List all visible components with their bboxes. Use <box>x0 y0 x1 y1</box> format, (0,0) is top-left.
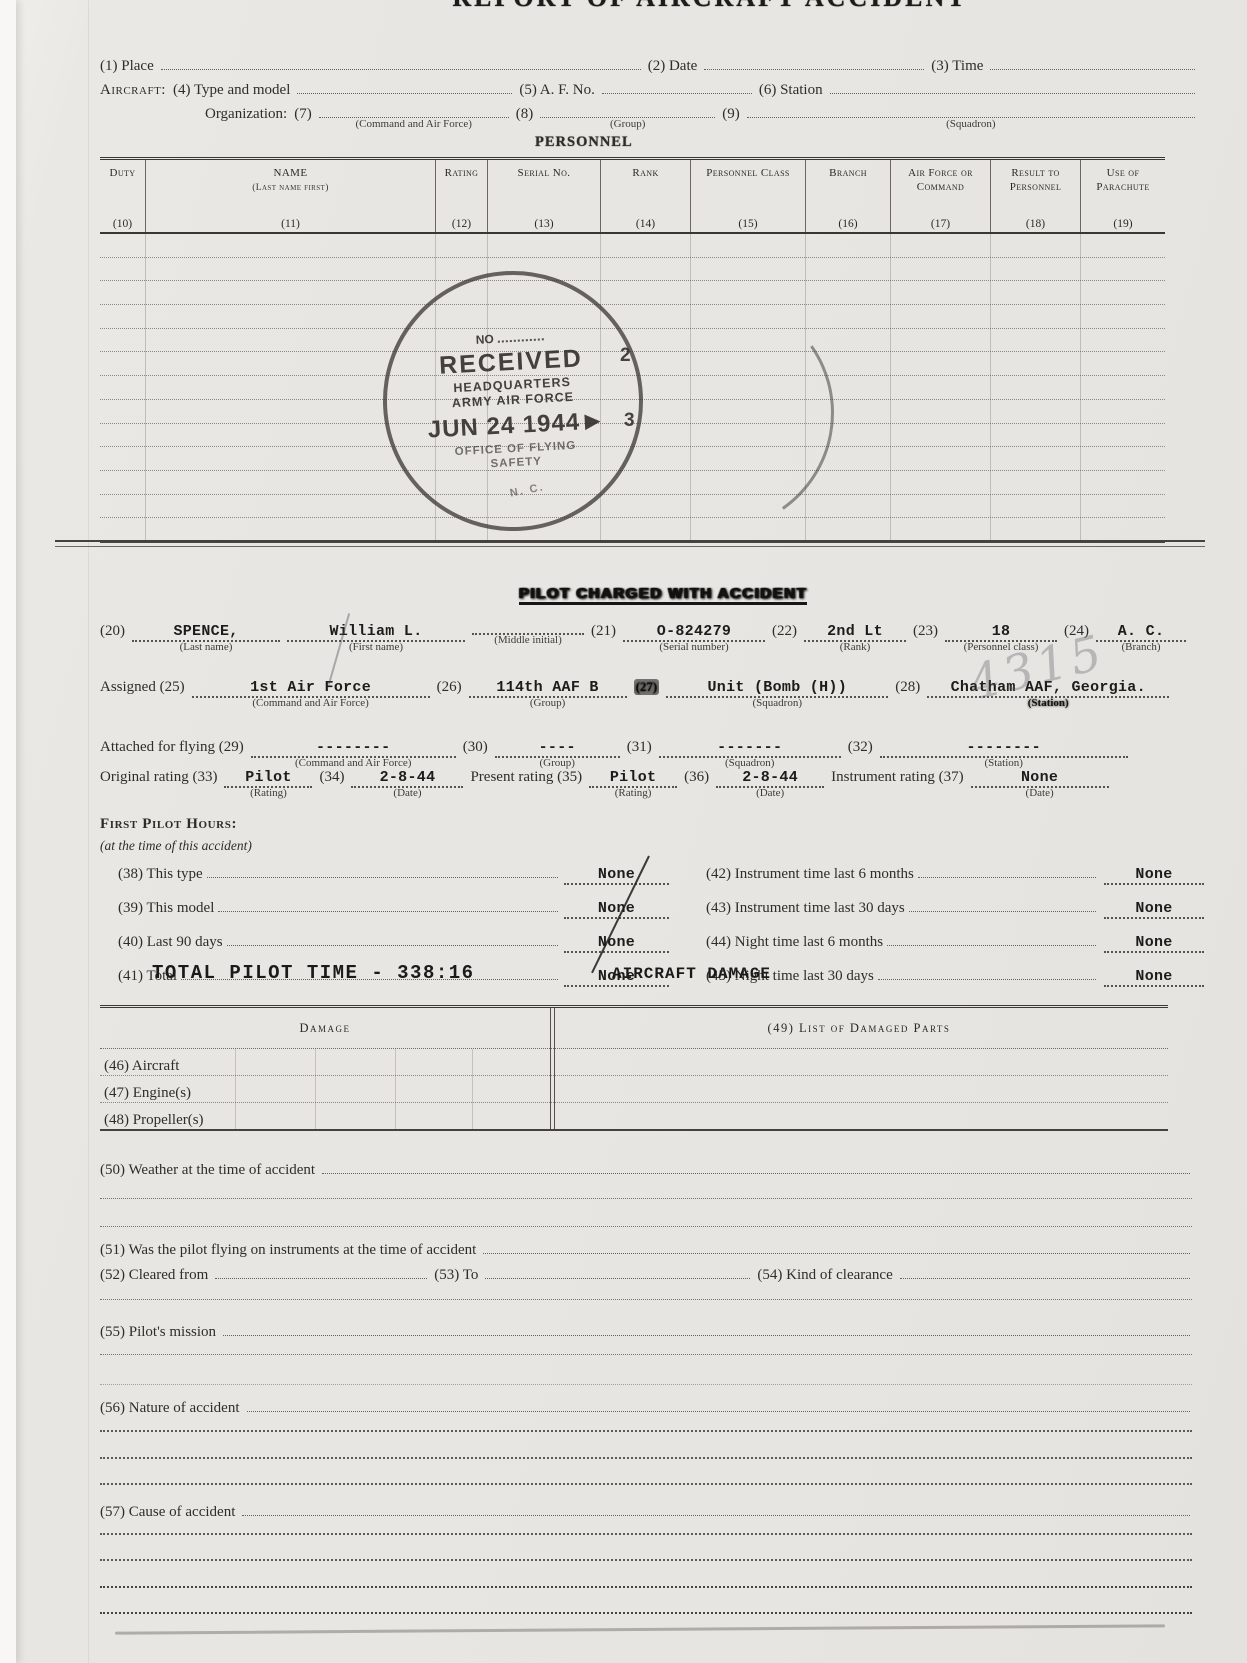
field-1-place-label: (1) Place <box>100 58 154 75</box>
field-7-label: (7) <box>294 106 312 123</box>
assigned-squadron-field: Unit (Bomb (H))(Squadron) <box>666 678 888 698</box>
ratings-row: Original rating (33) Pilot(Rating) (34) … <box>100 768 1240 788</box>
field-34-label: (34) <box>319 769 344 786</box>
answer-line <box>100 1481 1192 1485</box>
col-result-to-personnel: Result to Personnel (18) <box>990 160 1080 232</box>
assigned-command-field: 1st Air Force(Command and Air Force) <box>192 678 430 698</box>
answer-line <box>100 1196 1192 1199</box>
serial-number-field: O-824279(Serial number) <box>623 622 765 642</box>
field-30-label: (30) <box>463 739 488 756</box>
question-51-row: (51) Was the pilot flying on instruments… <box>100 1240 1190 1259</box>
instrument-rating-label: Instrument rating (37) <box>831 769 963 786</box>
aircraft-label: Aircraft: <box>100 82 166 99</box>
attached-label: Attached for flying (29) <box>100 739 244 756</box>
question-57-input <box>242 1502 1190 1516</box>
field-7-sublabel: (Command and Air Force) <box>356 118 472 130</box>
question-50-input <box>322 1160 1190 1174</box>
question-53-label: (53) To <box>434 1267 478 1284</box>
first-pilot-hours-heading: First Pilot Hours: <box>100 816 237 833</box>
col-personnel-class: Personnel Class (15) <box>690 160 805 232</box>
damage-table: Damage (49) List of Damaged Parts (46) A… <box>100 1005 1168 1131</box>
first-pilot-hours-subheading: (at the time of this accident) <box>100 838 252 854</box>
pilot-section-heading-struck: PILOT CHARGED WITH ACCIDENT <box>519 585 807 605</box>
question-54-label: (54) Kind of clearance <box>757 1267 892 1284</box>
personnel-section-title: PERSONNEL <box>535 134 633 151</box>
assigned-label: Assigned (25) <box>100 679 185 696</box>
field-7-input: (Command and Air Force) <box>319 104 509 118</box>
middle-initial-field: (Middle initial) <box>472 633 584 635</box>
answer-line <box>100 1297 1192 1300</box>
answer-line <box>100 1610 1192 1614</box>
field-28-label: (28) <box>895 679 920 696</box>
question-52-label: (52) Cleared from <box>100 1267 208 1284</box>
present-rating-field: Pilot(Rating) <box>589 768 677 788</box>
last-name-field: SPENCE,(Last name) <box>132 622 280 642</box>
col-name: NAME(Last name first) (11) <box>145 160 435 232</box>
field-27-label-overstruck: (27) <box>634 679 660 695</box>
table-row <box>100 518 1165 541</box>
attached-station-field: --------(Station) <box>880 738 1128 758</box>
damage-table-header: Damage (49) List of Damaged Parts <box>100 1008 1168 1049</box>
field-20-label: (20) <box>100 623 125 640</box>
total-pilot-time: TOTAL PILOT TIME - 338:16 <box>152 962 475 984</box>
fold-line <box>88 0 89 1663</box>
attached-group-field: ----(Group) <box>495 738 620 758</box>
attached-squadron-field: -------(Squadron) <box>659 738 841 758</box>
field-31-label: (31) <box>627 739 652 756</box>
field-22-label: (22) <box>772 623 797 640</box>
stamp-no-line: NO <box>475 329 544 347</box>
answer-line <box>100 1428 1192 1432</box>
field-4-type-model-input <box>297 80 512 94</box>
col-serial-no: Serial No. (13) <box>487 160 600 232</box>
aircraft-damage-heading: AIRCRAFT DAMAGE <box>612 965 771 983</box>
field-9-label: (9) <box>722 106 740 123</box>
hours-row-38-42: (38) This type None (42) Instrument time… <box>118 864 1193 885</box>
damage-table-body: (46) Aircraft (47) Engine(s) (48) Propel… <box>100 1049 1168 1129</box>
present-rating-date-field: 2-8-44(Date) <box>716 768 824 788</box>
field-6-station-label: (6) Station <box>759 82 823 99</box>
organization-label: Organization: <box>205 106 287 123</box>
col-rating: Rating (12) <box>435 160 487 232</box>
page-title: REPORT OF AIRCRAFT ACCIDENT <box>330 0 1090 13</box>
header-row-aircraft: Aircraft: (4) Type and model (5) A. F. N… <box>100 80 1195 99</box>
answer-line <box>100 1224 1192 1227</box>
question-56-label: (56) Nature of accident <box>100 1400 240 1417</box>
question-54-input <box>900 1265 1190 1279</box>
col-branch: Branch (16) <box>805 160 890 232</box>
table-row <box>100 258 1165 282</box>
stamp-arc-text: N. C. <box>509 481 546 499</box>
question-55-input <box>223 1322 1190 1336</box>
answer-line <box>100 1557 1192 1561</box>
stamp-office-line2: SAFETY <box>490 456 542 472</box>
damage-table-divider <box>550 1008 555 1129</box>
header-row-place-date-time: (1) Place (2) Date (3) Time <box>100 56 1195 75</box>
smudged-line <box>115 1624 1165 1634</box>
rank-field: 2nd Lt(Rank) <box>804 622 906 642</box>
field-4-type-model-label: (4) Type and model <box>173 82 290 99</box>
question-53-input <box>485 1265 750 1279</box>
field-1-place-input <box>161 56 641 70</box>
clearance-row: (52) Cleared from (53) To (54) Kind of c… <box>100 1265 1190 1284</box>
arrow-icon: ▶ <box>584 410 601 434</box>
header-row-organization: Organization: (7) (Command and Air Force… <box>205 104 1195 123</box>
question-56-row: (56) Nature of accident <box>100 1398 1190 1417</box>
damage-row-propellers: (48) Propeller(s) <box>100 1103 1168 1129</box>
field-3-time-label: (3) Time <box>931 58 983 75</box>
field-8-input: (Group) <box>540 104 715 118</box>
field-3-time-input <box>990 56 1195 70</box>
field-6-station-input <box>830 80 1195 94</box>
damage-row-engines: (47) Engine(s) <box>100 1076 1168 1103</box>
field-8-label: (8) <box>516 106 534 123</box>
damage-row-aircraft: (46) Aircraft <box>100 1049 1168 1076</box>
field-5-af-no-label: (5) A. F. No. <box>519 82 594 99</box>
answer-line <box>100 1584 1192 1588</box>
question-52-input <box>215 1265 427 1279</box>
attached-row: Attached for flying (29) --------(Comman… <box>100 738 1240 758</box>
page-title-clipped: REPORT OF AIRCRAFT ACCIDENT <box>330 0 1090 13</box>
damaged-parts-col-header: (49) List of Damaged Parts <box>550 1021 1168 1036</box>
question-55-label: (55) Pilot's mission <box>100 1324 216 1341</box>
scanned-accident-report-form: REPORT OF AIRCRAFT ACCIDENT (1) Place (2… <box>0 0 1247 1663</box>
first-name-field: William L.(First name) <box>287 622 465 642</box>
personnel-table-header: Duty (10) NAME(Last name first) (11) Rat… <box>100 157 1165 234</box>
instrument-rating-field: None(Date) <box>971 768 1109 788</box>
col-duty: Duty (10) <box>100 160 145 232</box>
answer-line <box>100 1382 1192 1385</box>
answer-line <box>100 1531 1192 1535</box>
present-rating-label: Present rating (35) <box>470 769 582 786</box>
hours-row-39-43: (39) This model None (43) Instrument tim… <box>118 898 1193 919</box>
question-50-label: (50) Weather at the time of accident <box>100 1162 315 1179</box>
question-56-input <box>247 1398 1190 1412</box>
field-5-af-no-input <box>602 80 752 94</box>
answer-line <box>100 1455 1192 1459</box>
field-9-sublabel: (Squadron) <box>946 118 996 130</box>
attached-command-field: --------(Command and Air Force) <box>251 738 456 758</box>
damage-col-header: Damage <box>100 1021 550 1036</box>
branch-field: A. C.(Branch) <box>1096 622 1186 642</box>
question-51-label: (51) Was the pilot flying on instruments… <box>100 1242 476 1259</box>
answer-line <box>100 1352 1192 1355</box>
question-50-row: (50) Weather at the time of accident <box>100 1160 1190 1179</box>
original-rating-field: Pilot(Rating) <box>224 768 312 788</box>
assigned-group-field: 114th AAF B(Group) <box>469 678 627 698</box>
col-rank: Rank (14) <box>600 160 690 232</box>
hours-row-40-44: (40) Last 90 days None (44) Night time l… <box>118 932 1193 953</box>
field-26-label: (26) <box>437 679 462 696</box>
table-row <box>100 495 1165 519</box>
original-rating-date-field: 2-8-44(Date) <box>351 768 463 788</box>
section-divider <box>55 540 1205 547</box>
original-rating-label: Original rating (33) <box>100 769 217 786</box>
field-23-label: (23) <box>913 623 938 640</box>
table-row <box>100 305 1165 329</box>
field-2-date-label: (2) Date <box>648 58 698 75</box>
field-32-label: (32) <box>848 739 873 756</box>
col-use-of-parachute: Use of Parachute (19) <box>1080 160 1165 232</box>
question-57-label: (57) Cause of accident <box>100 1504 235 1521</box>
col-air-force-or-command: Air Force or Command (17) <box>890 160 990 232</box>
question-57-row: (57) Cause of accident <box>100 1502 1190 1521</box>
scan-edge-strip <box>0 0 16 1663</box>
question-51-input <box>483 1240 1190 1254</box>
field-8-sublabel: (Group) <box>610 118 645 130</box>
field-21-label: (21) <box>591 623 616 640</box>
field-9-input: (Squadron) <box>747 104 1195 118</box>
field-36-label: (36) <box>684 769 709 786</box>
table-row <box>100 281 1165 305</box>
table-row <box>100 234 1165 258</box>
question-55-row: (55) Pilot's mission <box>100 1322 1190 1341</box>
field-2-date-input <box>704 56 924 70</box>
